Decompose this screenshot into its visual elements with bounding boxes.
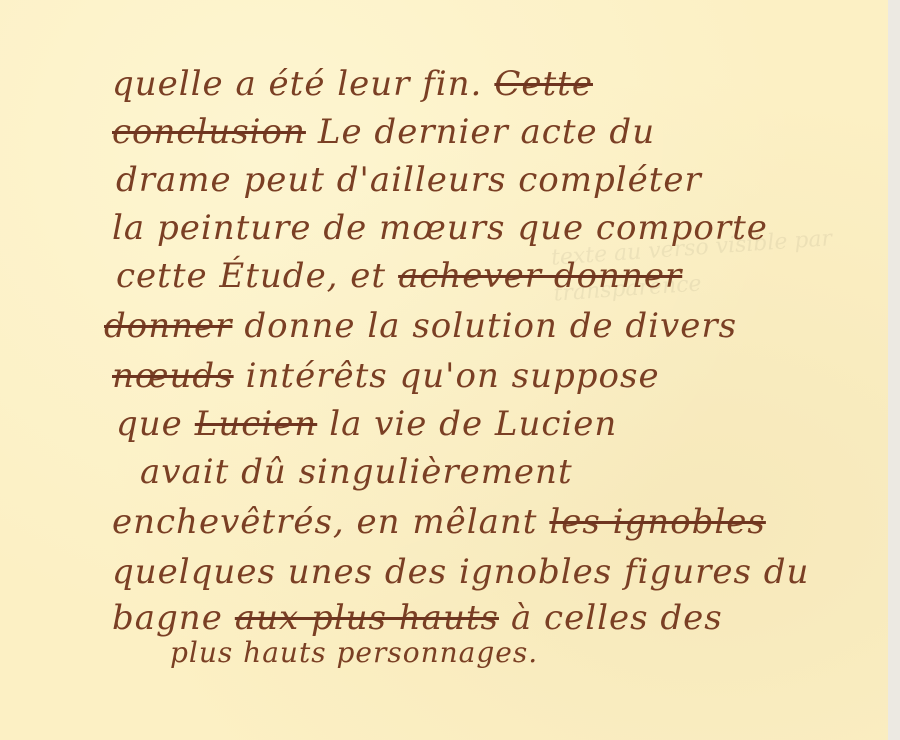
line-text: avait dû singulièrement [140, 452, 573, 492]
manuscript-line-8: queLucienla vie de Lucien [116, 404, 617, 444]
manuscript-line-11: quelques unes des ignobles figures du [112, 552, 809, 592]
line-text: bagne [112, 598, 223, 638]
line-text: la vie de Lucien [329, 404, 617, 444]
deleted-text: donner [104, 306, 232, 346]
manuscript-line-13: plus hauts personnages. [170, 636, 538, 669]
manuscript-page: texte au verso visible par transparence … [0, 0, 888, 740]
line-text: que [116, 404, 183, 444]
deleted-text: Lucien [195, 404, 317, 444]
deleted-text: Cette [494, 64, 593, 104]
deleted-text: nœuds [112, 356, 234, 396]
deleted-text: conclusion [112, 112, 306, 152]
manuscript-line-9: avait dû singulièrement [140, 452, 573, 492]
line-text: plus hauts personnages. [170, 636, 538, 669]
manuscript-line-5: cette Étude, etachever donner [116, 256, 682, 296]
line-text: drame peut d'ailleurs compléter [116, 160, 702, 200]
manuscript-line-3: drame peut d'ailleurs compléter [116, 160, 702, 200]
line-text: intérêts qu'on suppose [246, 356, 660, 396]
manuscript-line-7: nœudsintérêts qu'on suppose [112, 356, 660, 396]
manuscript-line-12: bagneaux plus hautsà celles des [112, 598, 723, 638]
page-edge [888, 0, 900, 740]
manuscript-line-10: enchevêtrés, en mêlantles ignobles [112, 502, 766, 542]
line-text: quelle a été leur fin. [112, 64, 482, 104]
manuscript-line-1: quelle a été leur fin.Cette [112, 64, 593, 104]
line-text: donne la solution de divers [244, 306, 737, 346]
line-text: enchevêtrés, en mêlant [112, 502, 537, 542]
deleted-text: aux plus hauts [235, 598, 499, 638]
line-text: la peinture de mœurs que comporte [112, 208, 768, 248]
deleted-text: achever donner [398, 256, 682, 296]
manuscript-line-6: donnerdonne la solution de divers [104, 306, 737, 346]
deleted-text: les ignobles [549, 502, 765, 542]
line-text: Le dernier acte du [318, 112, 655, 152]
line-text: quelques unes des ignobles figures du [112, 552, 809, 592]
manuscript-line-4: la peinture de mœurs que comporte [112, 208, 768, 248]
line-text: à celles des [511, 598, 723, 638]
line-text: cette Étude, et [116, 256, 386, 296]
manuscript-line-2: conclusionLe dernier acte du [112, 112, 655, 152]
